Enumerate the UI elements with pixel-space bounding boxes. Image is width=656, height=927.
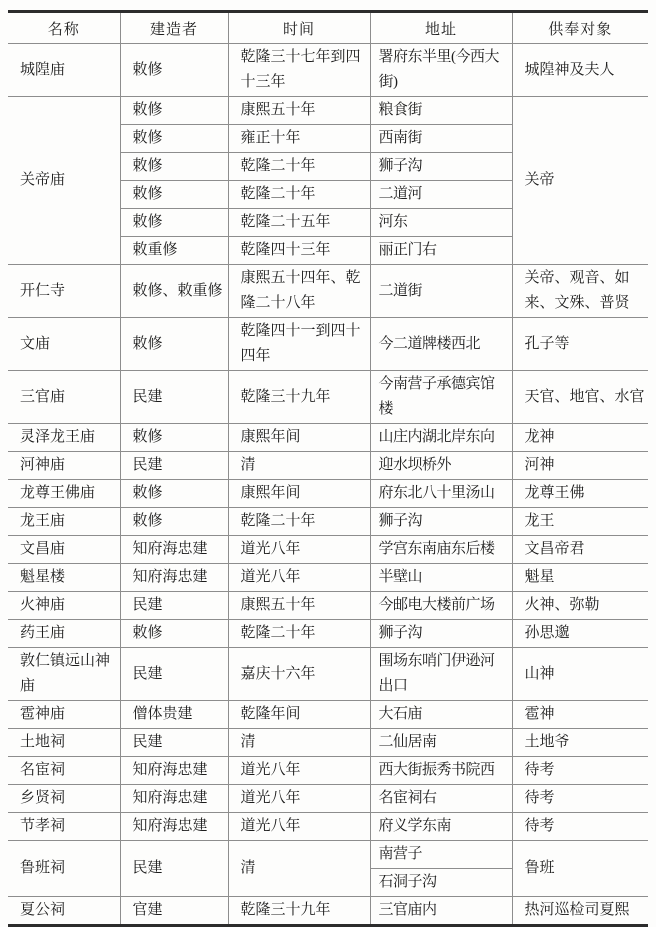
cell-builder: 民建 — [120, 841, 228, 897]
cell-time: 乾隆四十三年 — [228, 237, 370, 265]
cell-address: 西大街振秀书院西 — [370, 757, 512, 785]
cell-address: 狮子沟 — [370, 620, 512, 648]
cell-address: 南营子 — [370, 841, 512, 869]
cell-address: 半壁山 — [370, 564, 512, 592]
cell-time: 乾隆二十年 — [228, 508, 370, 536]
table-row: 文庙敕修乾隆四十一到四十四年今二道牌楼西北孔子等 — [8, 318, 648, 371]
cell-address: 府东北八十里汤山 — [370, 480, 512, 508]
temple-table: 名称 建造者 时间 地址 供奉对象 城隍庙敕修乾隆三十七年到四十三年署府东半里(… — [8, 10, 648, 927]
cell-address: 二道河 — [370, 181, 512, 209]
cell-builder: 知府海忠建 — [120, 564, 228, 592]
cell-time: 道光八年 — [228, 564, 370, 592]
cell-name: 名宦祠 — [8, 757, 120, 785]
column-header-address: 地址 — [370, 12, 512, 44]
column-header-name: 名称 — [8, 12, 120, 44]
cell-address: 府义学东南 — [370, 813, 512, 841]
table-row: 夏公祠官建乾隆三十九年三官庙内热河巡检司夏熙 — [8, 897, 648, 926]
cell-address: 学宫东南庙东后楼 — [370, 536, 512, 564]
cell-time: 乾隆二十年 — [228, 620, 370, 648]
table-row: 雹神庙僧体贵建乾隆年间大石庙雹神 — [8, 701, 648, 729]
cell-name: 开仁寺 — [8, 265, 120, 318]
column-header-time: 时间 — [228, 12, 370, 44]
table-row: 魁星楼知府海忠建道光八年半壁山魁星 — [8, 564, 648, 592]
cell-time: 康熙年间 — [228, 424, 370, 452]
cell-name: 夏公祠 — [8, 897, 120, 926]
cell-address: 今邮电大楼前广场 — [370, 592, 512, 620]
cell-address: 二仙居南 — [370, 729, 512, 757]
column-header-builder: 建造者 — [120, 12, 228, 44]
cell-address: 大石庙 — [370, 701, 512, 729]
cell-builder: 敕修 — [120, 125, 228, 153]
cell-builder: 敕修 — [120, 620, 228, 648]
cell-builder: 民建 — [120, 592, 228, 620]
table-row: 开仁寺敕修、敕重修康熙五十四年、乾隆二十八年二道街关帝、观音、如来、文殊、普贤 — [8, 265, 648, 318]
cell-builder: 敕修 — [120, 508, 228, 536]
cell-deity: 土地爷 — [512, 729, 648, 757]
cell-builder: 敕修 — [120, 209, 228, 237]
cell-time: 乾隆四十一到四十四年 — [228, 318, 370, 371]
cell-deity: 天官、地官、水官 — [512, 371, 648, 424]
cell-time: 乾隆年间 — [228, 701, 370, 729]
cell-builder: 敕修 — [120, 44, 228, 97]
cell-builder: 敕修 — [120, 153, 228, 181]
cell-time: 康熙五十年 — [228, 592, 370, 620]
table-row: 名宦祠知府海忠建道光八年西大街振秀书院西待考 — [8, 757, 648, 785]
cell-time: 道光八年 — [228, 785, 370, 813]
cell-name: 土地祠 — [8, 729, 120, 757]
cell-deity: 孔子等 — [512, 318, 648, 371]
cell-builder: 敕修、敕重修 — [120, 265, 228, 318]
table-row: 乡贤祠知府海忠建道光八年名宦祠右待考 — [8, 785, 648, 813]
cell-time: 乾隆三十九年 — [228, 371, 370, 424]
cell-builder: 民建 — [120, 648, 228, 701]
cell-address: 河东 — [370, 209, 512, 237]
cell-time: 道光八年 — [228, 813, 370, 841]
cell-deity: 待考 — [512, 757, 648, 785]
column-header-deity: 供奉对象 — [512, 12, 648, 44]
cell-address: 丽正门右 — [370, 237, 512, 265]
cell-deity: 城隍神及夫人 — [512, 44, 648, 97]
cell-time: 康熙五十年 — [228, 97, 370, 125]
cell-address: 粮食街 — [370, 97, 512, 125]
cell-name: 火神庙 — [8, 592, 120, 620]
cell-address: 三官庙内 — [370, 897, 512, 926]
cell-builder: 僧体贵建 — [120, 701, 228, 729]
cell-time: 道光八年 — [228, 757, 370, 785]
cell-name: 敦仁镇远山神庙 — [8, 648, 120, 701]
cell-time: 乾隆二十年 — [228, 153, 370, 181]
cell-name: 文庙 — [8, 318, 120, 371]
cell-builder: 知府海忠建 — [120, 536, 228, 564]
cell-name: 龙王庙 — [8, 508, 120, 536]
cell-builder: 敕修 — [120, 97, 228, 125]
cell-time: 乾隆二十年 — [228, 181, 370, 209]
table-row: 三官庙民建乾隆三十九年今南营子承德宾馆楼天官、地官、水官 — [8, 371, 648, 424]
cell-time: 乾隆三十九年 — [228, 897, 370, 926]
cell-address: 西南街 — [370, 125, 512, 153]
cell-name: 魁星楼 — [8, 564, 120, 592]
cell-time: 嘉庆十六年 — [228, 648, 370, 701]
cell-name: 灵泽龙王庙 — [8, 424, 120, 452]
header-row: 名称 建造者 时间 地址 供奉对象 — [8, 12, 648, 44]
cell-builder: 敕修 — [120, 480, 228, 508]
table-row: 关帝庙敕修康熙五十年粮食街关帝 — [8, 97, 648, 125]
cell-time: 康熙五十四年、乾隆二十八年 — [228, 265, 370, 318]
table-row: 文昌庙知府海忠建道光八年学宫东南庙东后楼文昌帝君 — [8, 536, 648, 564]
cell-address: 迎水坝桥外 — [370, 452, 512, 480]
cell-time: 清 — [228, 841, 370, 897]
cell-deity: 待考 — [512, 813, 648, 841]
table-row: 鲁班祠民建清南营子鲁班 — [8, 841, 648, 869]
cell-builder: 敕修 — [120, 181, 228, 209]
cell-time: 雍正十年 — [228, 125, 370, 153]
cell-name: 三官庙 — [8, 371, 120, 424]
cell-deity: 热河巡检司夏熙 — [512, 897, 648, 926]
cell-builder: 官建 — [120, 897, 228, 926]
table-row: 龙王庙敕修乾隆二十年狮子沟龙王 — [8, 508, 648, 536]
table-row: 灵泽龙王庙敕修康熙年间山庄内湖北岸东向龙神 — [8, 424, 648, 452]
cell-name: 鲁班祠 — [8, 841, 120, 897]
cell-time: 道光八年 — [228, 536, 370, 564]
table-row: 敦仁镇远山神庙民建嘉庆十六年围场东哨门伊逊河出口山神 — [8, 648, 648, 701]
cell-name: 城隍庙 — [8, 44, 120, 97]
cell-deity: 关帝、观音、如来、文殊、普贤 — [512, 265, 648, 318]
cell-address: 二道街 — [370, 265, 512, 318]
cell-builder: 知府海忠建 — [120, 757, 228, 785]
cell-deity: 火神、弥勒 — [512, 592, 648, 620]
cell-name: 文昌庙 — [8, 536, 120, 564]
cell-time: 康熙年间 — [228, 480, 370, 508]
cell-builder: 民建 — [120, 371, 228, 424]
cell-builder: 敕修 — [120, 424, 228, 452]
cell-address: 围场东哨门伊逊河出口 — [370, 648, 512, 701]
cell-name: 河神庙 — [8, 452, 120, 480]
table-row: 土地祠民建清二仙居南土地爷 — [8, 729, 648, 757]
cell-deity: 鲁班 — [512, 841, 648, 897]
cell-time: 清 — [228, 452, 370, 480]
table-row: 节孝祠知府海忠建道光八年府义学东南待考 — [8, 813, 648, 841]
cell-deity: 龙尊王佛 — [512, 480, 648, 508]
cell-deity: 魁星 — [512, 564, 648, 592]
cell-name: 关帝庙 — [8, 97, 120, 265]
table-row: 药王庙敕修乾隆二十年狮子沟孙思邈 — [8, 620, 648, 648]
cell-name: 药王庙 — [8, 620, 120, 648]
cell-address: 石洞子沟 — [370, 869, 512, 897]
cell-time: 乾隆三十七年到四十三年 — [228, 44, 370, 97]
cell-deity: 文昌帝君 — [512, 536, 648, 564]
cell-address: 今南营子承德宾馆楼 — [370, 371, 512, 424]
cell-name: 节孝祠 — [8, 813, 120, 841]
cell-deity: 孙思邈 — [512, 620, 648, 648]
cell-name: 龙尊王佛庙 — [8, 480, 120, 508]
cell-name: 乡贤祠 — [8, 785, 120, 813]
cell-builder: 民建 — [120, 729, 228, 757]
table-row: 龙尊王佛庙敕修康熙年间府东北八十里汤山龙尊王佛 — [8, 480, 648, 508]
cell-time: 乾隆二十五年 — [228, 209, 370, 237]
scanned-document-page: 名称 建造者 时间 地址 供奉对象 城隍庙敕修乾隆三十七年到四十三年署府东半里(… — [0, 0, 656, 923]
cell-address: 山庄内湖北岸东向 — [370, 424, 512, 452]
cell-builder: 知府海忠建 — [120, 785, 228, 813]
cell-deity: 关帝 — [512, 97, 648, 265]
temple-table-header: 名称 建造者 时间 地址 供奉对象 — [8, 12, 648, 44]
cell-address: 名宦祠右 — [370, 785, 512, 813]
cell-builder: 知府海忠建 — [120, 813, 228, 841]
cell-deity: 龙王 — [512, 508, 648, 536]
cell-address: 署府东半里(今西大街) — [370, 44, 512, 97]
cell-builder: 敕重修 — [120, 237, 228, 265]
cell-deity: 龙神 — [512, 424, 648, 452]
temple-table-body: 城隍庙敕修乾隆三十七年到四十三年署府东半里(今西大街)城隍神及夫人关帝庙敕修康熙… — [8, 44, 648, 926]
cell-deity: 雹神 — [512, 701, 648, 729]
cell-name: 雹神庙 — [8, 701, 120, 729]
cell-address: 狮子沟 — [370, 508, 512, 536]
cell-address: 狮子沟 — [370, 153, 512, 181]
cell-time: 清 — [228, 729, 370, 757]
table-row: 火神庙民建康熙五十年今邮电大楼前广场火神、弥勒 — [8, 592, 648, 620]
cell-deity: 待考 — [512, 785, 648, 813]
cell-deity: 河神 — [512, 452, 648, 480]
cell-address: 今二道牌楼西北 — [370, 318, 512, 371]
cell-deity: 山神 — [512, 648, 648, 701]
cell-builder: 敕修 — [120, 318, 228, 371]
cell-builder: 民建 — [120, 452, 228, 480]
table-row: 城隍庙敕修乾隆三十七年到四十三年署府东半里(今西大街)城隍神及夫人 — [8, 44, 648, 97]
table-row: 河神庙民建清迎水坝桥外河神 — [8, 452, 648, 480]
